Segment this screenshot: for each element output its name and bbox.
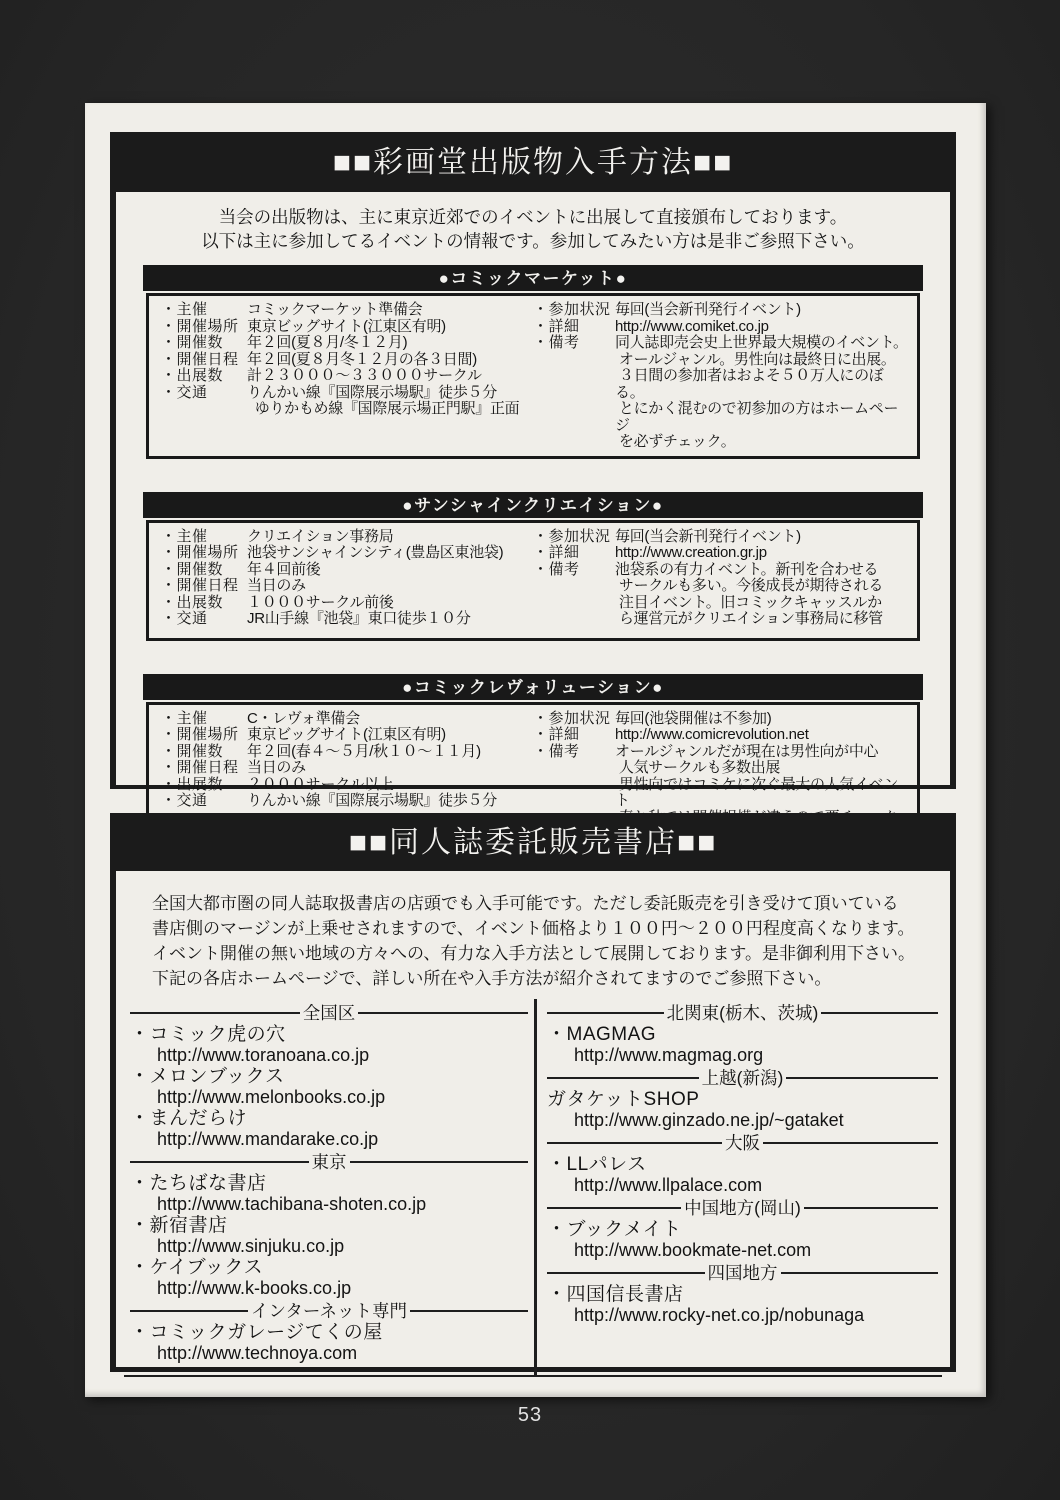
row-label: ・開催日程 (161, 352, 247, 369)
event-left-column: ・主催クリエイション事務局 ・開催場所池袋サンシャインシティ(豊島区東池袋) ・… (161, 529, 533, 633)
row-value: http://www.creation.gr.jp (615, 545, 767, 562)
store-item: ・メロンブックスhttp://www.melonbooks.co.jp (130, 1067, 528, 1107)
region-header: 中国地方(岡山) (547, 1197, 938, 1219)
acquisition-title: ■■彩画堂出版物入手方法■■ (110, 132, 956, 192)
acquisition-section: ■■彩画堂出版物入手方法■■ 当会の出版物は、主に東京近郊でのイベントに出展して… (110, 132, 956, 789)
row-label: ・開催数 (161, 335, 247, 352)
store-item: ・LLパレスhttp://www.llpalace.com (547, 1155, 938, 1195)
row-value: http://www.comiket.co.jp (615, 319, 769, 336)
store-name: ・新宿書店 (130, 1216, 528, 1236)
store-item: ・ケイブックスhttp://www.k-books.co.jp (130, 1258, 528, 1298)
row-label: ・参加状況 (533, 302, 615, 319)
store-url: http://www.toranoana.co.jp (130, 1045, 528, 1065)
bookstores-section: ■■同人誌委託販売書店■■ 全国大都市圏の同人誌取扱書店の店頭でも入手可能です。… (110, 813, 956, 1372)
row-label: ・主催 (161, 302, 247, 319)
region-header: 全国区 (130, 1002, 528, 1024)
row-label: ・備考 (533, 335, 615, 451)
store-name: ガタケットSHOP (547, 1090, 938, 1110)
event-box-comic-revolution: ●コミックレヴォリューション● ・主催C・レヴォ準備会 ・開催場所東京ビッグサイ… (143, 674, 923, 835)
row-label: ・詳細 (533, 319, 615, 336)
region-header: インターネット専門 (130, 1300, 528, 1322)
row-value: 池袋系の有力イベント。新刊を合わせる サークルも多い。今後成長が期待される 注目… (615, 562, 883, 628)
rule-line (804, 1207, 938, 1209)
event-right-column: ・参加状況毎回(当会新刊発行イベント) ・詳細http://www.comike… (533, 302, 911, 451)
bookstore-list-right-column: 北関東(栃木、茨城) ・MAGMAGhttp://www.magmag.org … (537, 999, 942, 1375)
event-row: ・参加状況毎回(池袋開催は不参加) (533, 711, 911, 728)
scan-background: ■■彩画堂出版物入手方法■■ 当会の出版物は、主に東京近郊でのイベントに出展して… (0, 0, 1060, 1500)
event-row: ・備考同人誌即売会史上世界最大規模のイベント。 オールジャンル。男性向は最終日に… (533, 335, 911, 451)
store-url: http://www.sinjuku.co.jp (130, 1236, 528, 1256)
row-label: ・開催場所 (161, 727, 247, 744)
region-header: 大阪 (547, 1132, 938, 1154)
row-label: ・開催数 (161, 744, 247, 761)
event-row: ・出展数１０００サークル前後 (161, 595, 533, 612)
store-item: ・四国信長書店http://www.rocky-net.co.jp/nobuna… (547, 1285, 938, 1325)
row-label: ・備考 (533, 562, 615, 628)
row-value: 池袋サンシャインシティ(豊島区東池袋) (247, 545, 503, 562)
event-row: ・開催場所東京ビッグサイト(江東区有明) (161, 319, 533, 336)
event-row: ・交通りんかい線『国際展示場駅』徒歩５分 (161, 793, 533, 810)
store-url: http://www.magmag.org (547, 1045, 938, 1065)
store-url: http://www.k-books.co.jp (130, 1278, 528, 1298)
region-header: 東京 (130, 1151, 528, 1173)
bookstores-body: 全国大都市圏の同人誌取扱書店の店頭でも入手可能です。ただし委託販売を引き受けて頂… (116, 871, 950, 1367)
event-row: ・参加状況毎回(当会新刊発行イベント) (533, 302, 911, 319)
event-row: ・開催場所東京ビッグサイト(江東区有明) (161, 727, 533, 744)
store-name: ・ケイブックス (130, 1258, 528, 1278)
rule-line (130, 1310, 248, 1312)
store-name: ・ブックメイト (547, 1220, 938, 1240)
store-item: ・ブックメイトhttp://www.bookmate-net.com (547, 1220, 938, 1260)
rule-line (547, 1012, 664, 1014)
event-row: ・開催日程当日のみ (161, 760, 533, 777)
row-label: ・交通 (161, 611, 247, 628)
store-item: ガタケットSHOPhttp://www.ginzado.ne.jp/~gatak… (547, 1090, 938, 1130)
event-row: ・開催日程年２回(夏８月冬１２月の各３日間) (161, 352, 533, 369)
row-value: ２０００サークル以上 (247, 777, 394, 794)
row-value: りんかい線『国際展示場駅』徒歩５分 (247, 793, 497, 810)
rule-line (410, 1310, 528, 1312)
row-value: 年２回(夏８月冬１２月の各３日間) (247, 352, 477, 369)
acquisition-body: 当会の出版物は、主に東京近郊でのイベントに出展して直接頒布しております。 以下は… (116, 192, 950, 785)
event-row: ・詳細http://www.creation.gr.jp (533, 545, 911, 562)
rule-line (547, 1142, 722, 1144)
event-row: ・開催日程当日のみ (161, 578, 533, 595)
region-header: 北関東(栃木、茨城) (547, 1002, 938, 1024)
region-header: 四国地方 (547, 1262, 938, 1284)
row-value: 東京ビッグサイト(江東区有明) (247, 319, 446, 336)
rule-line (358, 1012, 528, 1014)
rule-line (547, 1207, 681, 1209)
store-url: http://www.ginzado.ne.jp/~gataket (547, 1110, 938, 1130)
row-label: ・出展数 (161, 368, 247, 385)
rule-line (547, 1272, 705, 1274)
event-details: ・主催クリエイション事務局 ・開催場所池袋サンシャインシティ(豊島区東池袋) ・… (146, 520, 920, 641)
store-item: ・MAGMAGhttp://www.magmag.org (547, 1025, 938, 1065)
event-row: ・詳細http://www.comiket.co.jp (533, 319, 911, 336)
store-name: ・メロンブックス (130, 1067, 528, 1087)
row-label: ・交通 (161, 385, 247, 418)
row-value: 東京ビッグサイト(江東区有明) (247, 727, 446, 744)
event-details: ・主催コミックマーケット準備会 ・開催場所東京ビッグサイト(江東区有明) ・開催… (146, 293, 920, 459)
row-value: 同人誌即売会史上世界最大規模のイベント。 オールジャンル。男性向は最終日に出展。… (615, 335, 911, 451)
bookstore-list: 全国区 ・コミック虎の穴http://www.toranoana.co.jp ・… (124, 999, 942, 1377)
row-value: 計２３０００～３３０００サークル (247, 368, 482, 385)
rule-line (781, 1272, 939, 1274)
row-label: ・詳細 (533, 727, 615, 744)
event-row: ・開催数年２回(夏８月/冬１２月) (161, 335, 533, 352)
event-row: ・開催場所池袋サンシャインシティ(豊島区東池袋) (161, 545, 533, 562)
store-item: ・コミックガレージてくの屋http://www.technoya.com (130, 1323, 528, 1363)
bookstores-title: ■■同人誌委託販売書店■■ (110, 813, 956, 871)
row-value: 年２回(春４～５月/秋１０～１１月) (247, 744, 481, 761)
store-name: ・四国信長書店 (547, 1285, 938, 1305)
store-name: ・たちばな書店 (130, 1174, 528, 1194)
row-label: ・開催日程 (161, 760, 247, 777)
row-value: クリエイション事務局 (247, 529, 393, 546)
row-value: １０００サークル前後 (247, 595, 394, 612)
row-value: http://www.comicrevolution.net (615, 727, 809, 744)
event-row: ・主催クリエイション事務局 (161, 529, 533, 546)
store-url: http://www.bookmate-net.com (547, 1240, 938, 1260)
event-row: ・交通りんかい線『国際展示場駅』徒歩５分 ゆりかもめ線『国際展示場正門駅』正面 (161, 385, 533, 418)
event-row: ・開催数年２回(春４～５月/秋１０～１１月) (161, 744, 533, 761)
row-label: ・参加状況 (533, 529, 615, 546)
store-item: ・たちばな書店http://www.tachibana-shoten.co.jp (130, 1174, 528, 1214)
row-label: ・参加状況 (533, 711, 615, 728)
rule-line (547, 1077, 699, 1079)
bookstores-intro: 全国大都市圏の同人誌取扱書店の店頭でも入手可能です。ただし委託販売を引き受けて頂… (116, 871, 950, 991)
store-url: http://www.llpalace.com (547, 1175, 938, 1195)
row-value: 毎回(池袋開催は不参加) (615, 711, 771, 728)
event-row: ・参加状況毎回(当会新刊発行イベント) (533, 529, 911, 546)
row-label: ・交通 (161, 793, 247, 810)
event-row: ・交通JR山手線『池袋』東口徒歩１０分 (161, 611, 533, 628)
row-label: ・主催 (161, 711, 247, 728)
row-value: 年４回前後 (247, 562, 321, 579)
row-label: ・開催場所 (161, 545, 247, 562)
event-row: ・主催C・レヴォ準備会 (161, 711, 533, 728)
event-title: ●サンシャインクリエイション● (143, 492, 923, 518)
rule-line (350, 1161, 529, 1163)
page-number: 53 (0, 1404, 1060, 1427)
store-url: http://www.rocky-net.co.jp/nobunaga (547, 1305, 938, 1325)
store-url: http://www.tachibana-shoten.co.jp (130, 1194, 528, 1214)
row-label: ・開催場所 (161, 319, 247, 336)
event-box-sunshine-creation: ●サンシャインクリエイション● ・主催クリエイション事務局 ・開催場所池袋サンシ… (143, 492, 923, 641)
store-name: ・まんだらけ (130, 1109, 528, 1129)
store-url: http://www.melonbooks.co.jp (130, 1087, 528, 1107)
row-value: 年２回(夏８月/冬１２月) (247, 335, 407, 352)
rule-line (130, 1012, 300, 1014)
store-name: ・LLパレス (547, 1155, 938, 1175)
event-left-column: ・主催C・レヴォ準備会 ・開催場所東京ビッグサイト(江東区有明) ・開催数年２回… (161, 711, 533, 827)
region-header: 上越(新潟) (547, 1067, 938, 1089)
rule-line (786, 1077, 938, 1079)
store-url: http://www.technoya.com (130, 1343, 528, 1363)
rule-line (763, 1142, 938, 1144)
event-row: ・備考池袋系の有力イベント。新刊を合わせる サークルも多い。今後成長が期待される… (533, 562, 911, 628)
row-value: C・レヴォ準備会 (247, 711, 360, 728)
row-value: りんかい線『国際展示場駅』徒歩５分 ゆりかもめ線『国際展示場正門駅』正面 (247, 385, 519, 418)
event-box-comic-market: ●コミックマーケット● ・主催コミックマーケット準備会 ・開催場所東京ビッグサイ… (143, 265, 923, 459)
rule-line (130, 1161, 309, 1163)
event-row: ・開催数年４回前後 (161, 562, 533, 579)
row-value: 当日のみ (247, 760, 306, 777)
store-url: http://www.mandarake.co.jp (130, 1129, 528, 1149)
rule-line (821, 1012, 938, 1014)
row-label: ・主催 (161, 529, 247, 546)
scanned-page: ■■彩画堂出版物入手方法■■ 当会の出版物は、主に東京近郊でのイベントに出展して… (85, 103, 986, 1397)
row-value: 毎回(当会新刊発行イベント) (615, 302, 801, 319)
event-title: ●コミックマーケット● (143, 265, 923, 291)
row-label: ・出展数 (161, 777, 247, 794)
event-right-column: ・参加状況毎回(池袋開催は不参加) ・詳細http://www.comicrev… (533, 711, 911, 827)
store-item: ・まんだらけhttp://www.mandarake.co.jp (130, 1109, 528, 1149)
store-item: ・コミック虎の穴http://www.toranoana.co.jp (130, 1025, 528, 1065)
event-row: ・出展数２０００サークル以上 (161, 777, 533, 794)
store-name: ・コミック虎の穴 (130, 1025, 528, 1045)
bookstore-list-left-column: 全国区 ・コミック虎の穴http://www.toranoana.co.jp ・… (124, 999, 537, 1375)
event-right-column: ・参加状況毎回(当会新刊発行イベント) ・詳細http://www.creati… (533, 529, 911, 633)
row-value: コミックマーケット準備会 (247, 302, 422, 319)
event-row: ・詳細http://www.comicrevolution.net (533, 727, 911, 744)
store-name: ・MAGMAG (547, 1025, 938, 1045)
row-label: ・開催日程 (161, 578, 247, 595)
event-left-column: ・主催コミックマーケット準備会 ・開催場所東京ビッグサイト(江東区有明) ・開催… (161, 302, 533, 451)
store-name: ・コミックガレージてくの屋 (130, 1323, 528, 1343)
store-item: ・新宿書店http://www.sinjuku.co.jp (130, 1216, 528, 1256)
row-value: 毎回(当会新刊発行イベント) (615, 529, 801, 546)
acquisition-intro: 当会の出版物は、主に東京近郊でのイベントに出展して直接頒布しております。 以下は… (116, 205, 950, 253)
row-label: ・開催数 (161, 562, 247, 579)
row-value: 当日のみ (247, 578, 306, 595)
row-label: ・出展数 (161, 595, 247, 612)
event-row: ・出展数計２３０００～３３０００サークル (161, 368, 533, 385)
event-row: ・主催コミックマーケット準備会 (161, 302, 533, 319)
event-title: ●コミックレヴォリューション● (143, 674, 923, 700)
row-value: JR山手線『池袋』東口徒歩１０分 (247, 611, 471, 628)
row-label: ・詳細 (533, 545, 615, 562)
